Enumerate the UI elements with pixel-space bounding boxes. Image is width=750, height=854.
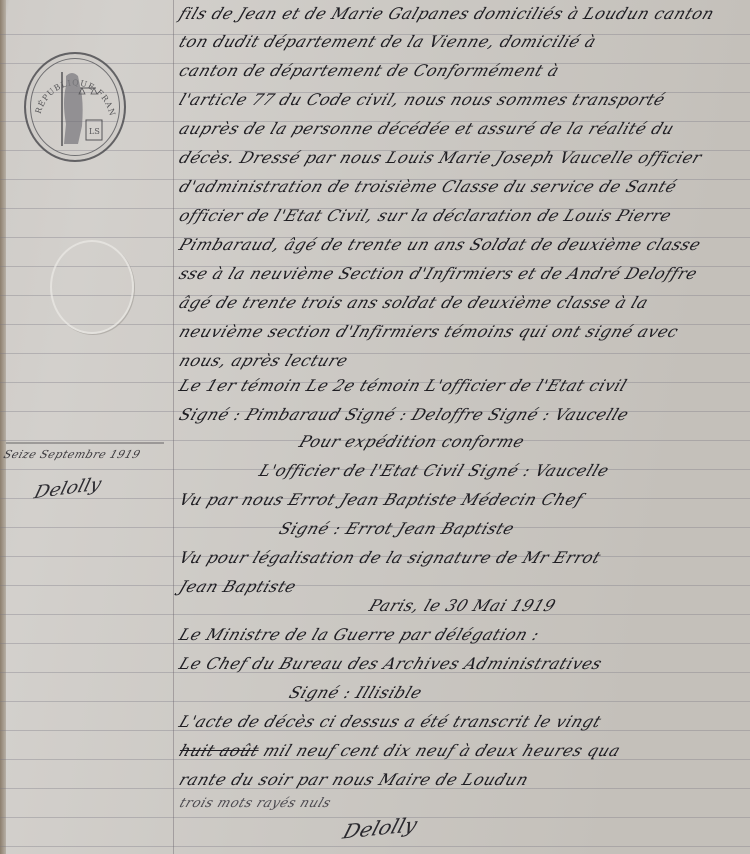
handwritten-line: neuvième section d'Infirmiers témoins qu… [177,322,682,341]
margin-date-note: Seize Septembre 1919 [2,448,171,461]
handwritten-line: canton de département de Conformément à [177,61,563,80]
handwritten-line: Pimbaraud, âgé de trente un ans Soldat d… [177,235,704,254]
struck-words: huit août [177,741,262,760]
handwritten-line: Jean Baptiste [177,577,300,596]
document-page: RÉPUBLIQUE FRANÇAISE LS Seize Septembre … [0,0,750,854]
handwritten-line: Vu par nous Errot Jean Baptiste Médecin … [177,490,586,509]
handwritten-line: Pour expédition conforme [297,432,528,451]
handwritten-line: Le Ministre de la Guerre par délégation … [177,625,543,644]
handwritten-line: l'article 77 du Code civil, nous nous so… [177,90,669,109]
handwritten-line: Signé : Errot Jean Baptiste [277,519,518,538]
handwritten-line: Vu pour légalisation de la signature de … [177,548,604,567]
handwritten-line: fils de Jean et de Marie Galpanes domici… [177,4,718,23]
handwritten-line: d'administration de troisième Classe du … [177,177,680,196]
handwritten-line: L'officier de l'Etat Civil Signé : Vauce… [257,461,613,480]
handwritten-line: âgé de trente trois ans soldat de deuxiè… [177,293,652,312]
margin-rule [6,442,164,444]
handwritten-line: nous, après lecture [177,351,352,370]
svg-text:LS: LS [89,127,100,136]
handwritten-line: ton dudit département de la Vienne, domi… [177,32,600,51]
handwritten-line: trois mots rayés nuls [177,796,333,811]
handwritten-line: Le Chef du Bureau des Archives Administr… [177,654,605,673]
margin-divider [173,0,174,854]
handwritten-line: Paris, le 30 Mai 1919 [367,596,559,615]
handwritten-line: Le 1er témoin Le 2e témoin L'officier de… [177,376,630,395]
line-remainder: mil neuf cent dix neuf à deux heures qua [255,741,623,760]
handwritten-line: L'acte de décès ci dessus a été transcri… [177,712,605,731]
handwritten-line: officier de l'Etat Civil, sur la déclara… [177,206,675,225]
handwritten-line: Signé : Pimbaraud Signé : Deloffre Signé… [177,405,632,424]
handwritten-line: décès. Dressé par nous Louis Marie Josep… [177,148,705,167]
republique-francaise-seal-icon: RÉPUBLIQUE FRANÇAISE LS [24,52,126,162]
embossed-stamp-icon [50,240,134,334]
handwritten-line: sse à la neuvième Section d'Infirmiers e… [177,264,701,283]
handwritten-line: rante du soir par nous Maire de Loudun [177,770,532,789]
handwritten-line: huit août mil neuf cent dix neuf à deux … [177,741,624,760]
handwritten-line: Signé : Illisible [287,683,426,702]
handwritten-line: auprès de la personne décédée et assuré … [177,119,678,138]
